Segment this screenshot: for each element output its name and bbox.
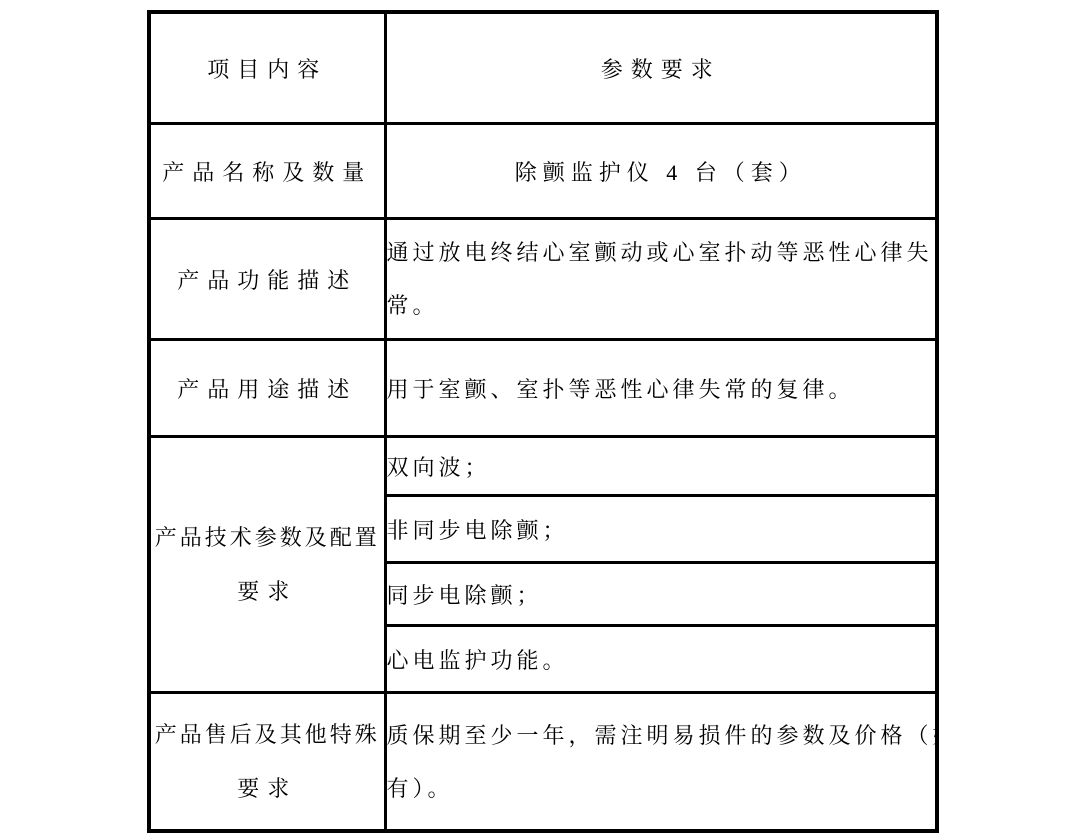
spec-table: 项目内容 参数要求 产品名称及数量 除颤监护仪 4 台（套） 产品功能描述 通过… [147, 10, 939, 833]
label-product-usage: 产品用途描述 [149, 340, 385, 437]
value-product-name: 除颤监护仪 4 台（套） [385, 124, 937, 219]
value-line: 非同步电除颤； [387, 514, 936, 545]
header-cell-item-content: 项目内容 [149, 12, 385, 124]
value-after-sales: 质保期至少一年，需注明易损件的参数及价格（如 有）。 [385, 693, 937, 832]
row-product-function: 产品功能描述 通过放电终结心室颤动或心室扑动等恶性心律失 常。 [149, 219, 937, 340]
value-line: 质保期至少一年，需注明易损件的参数及价格（如 [387, 709, 936, 762]
row-product-name: 产品名称及数量 除颤监护仪 4 台（套） [149, 124, 937, 219]
label-after-sales: 产品售后及其他特殊 要求 [149, 693, 385, 832]
value-line: 双向波； [387, 451, 936, 482]
label-line: 产品售后及其他特殊 [151, 708, 384, 762]
label-tech-params: 产品技术参数及配置 要求 [149, 437, 385, 693]
row-product-usage: 产品用途描述 用于室颤、室扑等恶性心律失常的复律。 [149, 340, 937, 437]
label-product-function: 产品功能描述 [149, 219, 385, 340]
label-product-name: 产品名称及数量 [149, 124, 385, 219]
label-line: 产品技术参数及配置 [151, 511, 384, 565]
row-tech-params-1: 产品技术参数及配置 要求 双向波； [149, 437, 937, 496]
value-tech-param-biphasic: 双向波； [385, 437, 937, 496]
value-line: 常。 [387, 279, 936, 332]
value-tech-param-sync-defib: 同步电除颤； [385, 563, 937, 626]
header-cell-parameter-requirement: 参数要求 [385, 12, 937, 124]
value-line: 同步电除颤； [387, 579, 936, 610]
value-product-function: 通过放电终结心室颤动或心室扑动等恶性心律失 常。 [385, 219, 937, 340]
value-line: 心电监护功能。 [387, 644, 936, 675]
label-line: 要求 [151, 565, 384, 619]
label-line: 要求 [151, 762, 384, 816]
value-line: 有）。 [387, 762, 936, 815]
header-row: 项目内容 参数要求 [149, 12, 937, 124]
value-line: 通过放电终结心室颤动或心室扑动等恶性心律失 [387, 226, 936, 279]
value-tech-param-async-defib: 非同步电除颤； [385, 496, 937, 563]
value-line: 用于室颤、室扑等恶性心律失常的复律。 [387, 373, 936, 404]
document-page: 项目内容 参数要求 产品名称及数量 除颤监护仪 4 台（套） 产品功能描述 通过… [0, 0, 1080, 810]
row-after-sales: 产品售后及其他特殊 要求 质保期至少一年，需注明易损件的参数及价格（如 有）。 [149, 693, 937, 832]
value-product-usage: 用于室颤、室扑等恶性心律失常的复律。 [385, 340, 937, 437]
value-tech-param-ecg-monitor: 心电监护功能。 [385, 626, 937, 693]
